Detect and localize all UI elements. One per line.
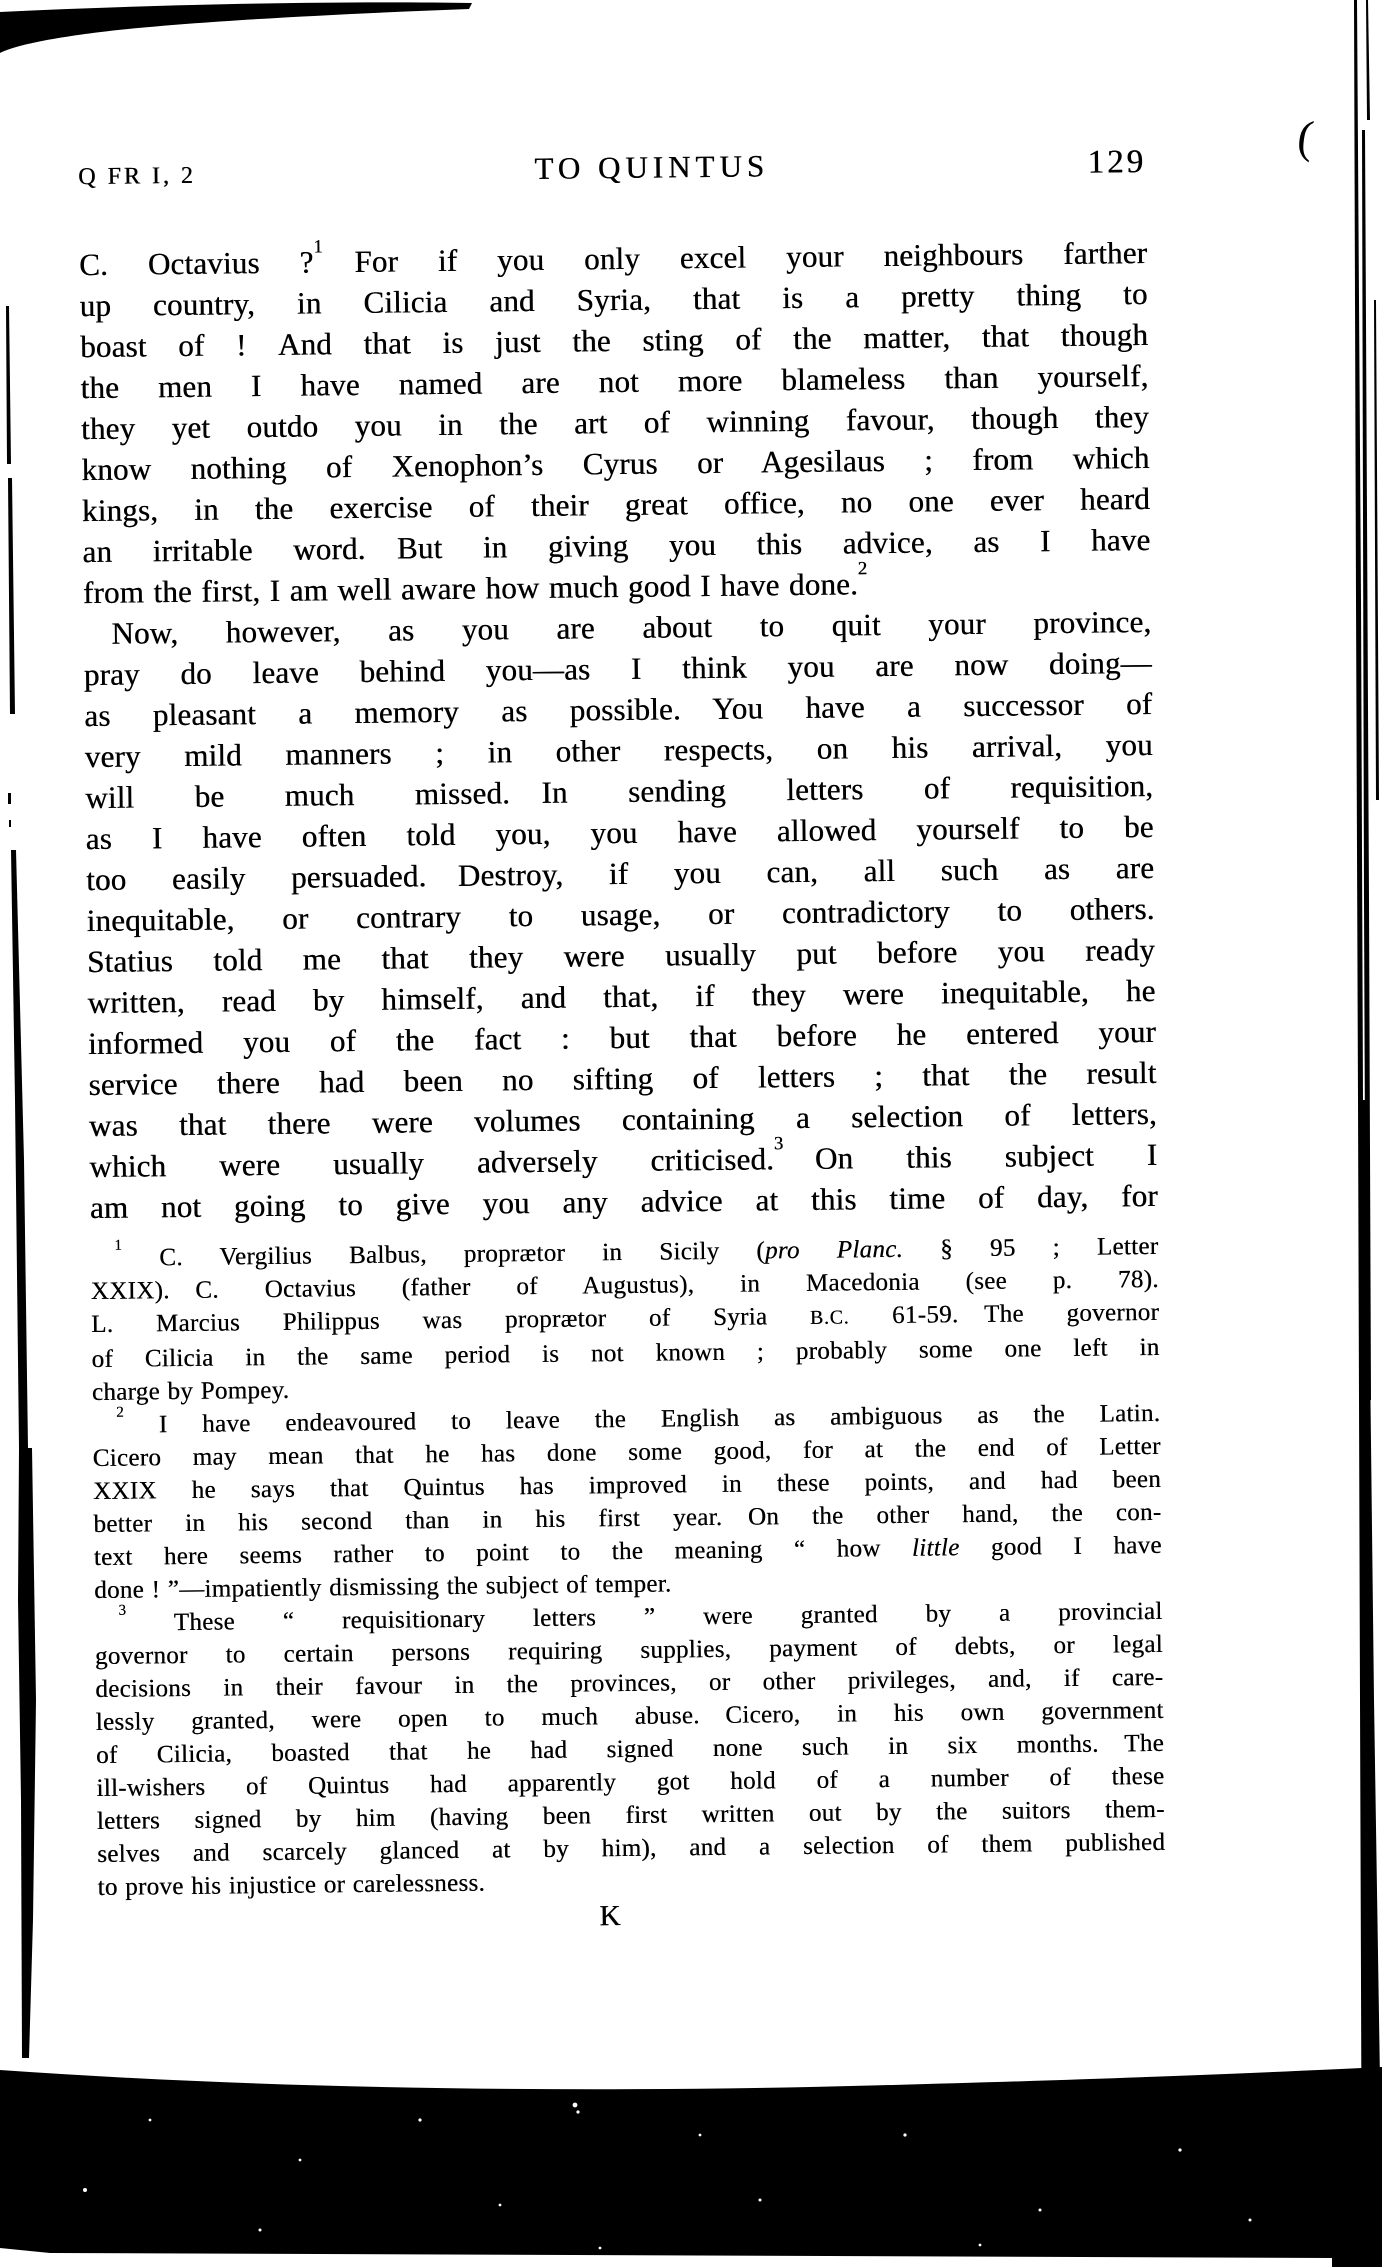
binding-shadow-right bbox=[1366, 0, 1370, 120]
scanned-page: { "document": { "kind": "scanned book pa… bbox=[0, 0, 1382, 2267]
page-number: 129 bbox=[1087, 144, 1146, 182]
page-curl-shadow-top bbox=[0, 2, 472, 53]
binding-shadow-right bbox=[1354, 0, 1363, 1100]
letter-body-text: C. Octavius ?1 For if you only excel you… bbox=[79, 232, 1158, 1228]
gutter-shadow-left bbox=[8, 478, 15, 714]
footnotes-block: 1 C. Vergilius Balbus, proprætor in Sici… bbox=[90, 1230, 1165, 1904]
gutter-speck bbox=[9, 820, 11, 827]
scan-noise bbox=[83, 2103, 1252, 2250]
running-title: TO QUINTUS bbox=[534, 148, 769, 187]
gutter-shadow-left bbox=[6, 306, 11, 464]
gutter-speck bbox=[8, 793, 11, 804]
binding-shadow-right bbox=[1358, 1100, 1382, 2267]
binding-shadow-right bbox=[1374, 300, 1379, 800]
signature-letter: K bbox=[599, 1900, 620, 1932]
scan-edge-bottom bbox=[0, 2067, 1382, 2267]
stray-paren-mark: ( bbox=[1295, 109, 1317, 163]
binding-shadow-right bbox=[1362, 130, 1371, 1400]
running-reference: Q FR I, 2 bbox=[78, 163, 196, 191]
page-content: Q FR I, 2 TO QUINTUS 129 C. Octavius ?1 … bbox=[78, 144, 1166, 1939]
gutter-shadow-left bbox=[11, 850, 28, 1448]
paper-edge-bottom bbox=[0, 2248, 1332, 2267]
page-header: Q FR I, 2 TO QUINTUS 129 bbox=[78, 144, 1147, 208]
gutter-shadow-left bbox=[18, 1448, 36, 2058]
